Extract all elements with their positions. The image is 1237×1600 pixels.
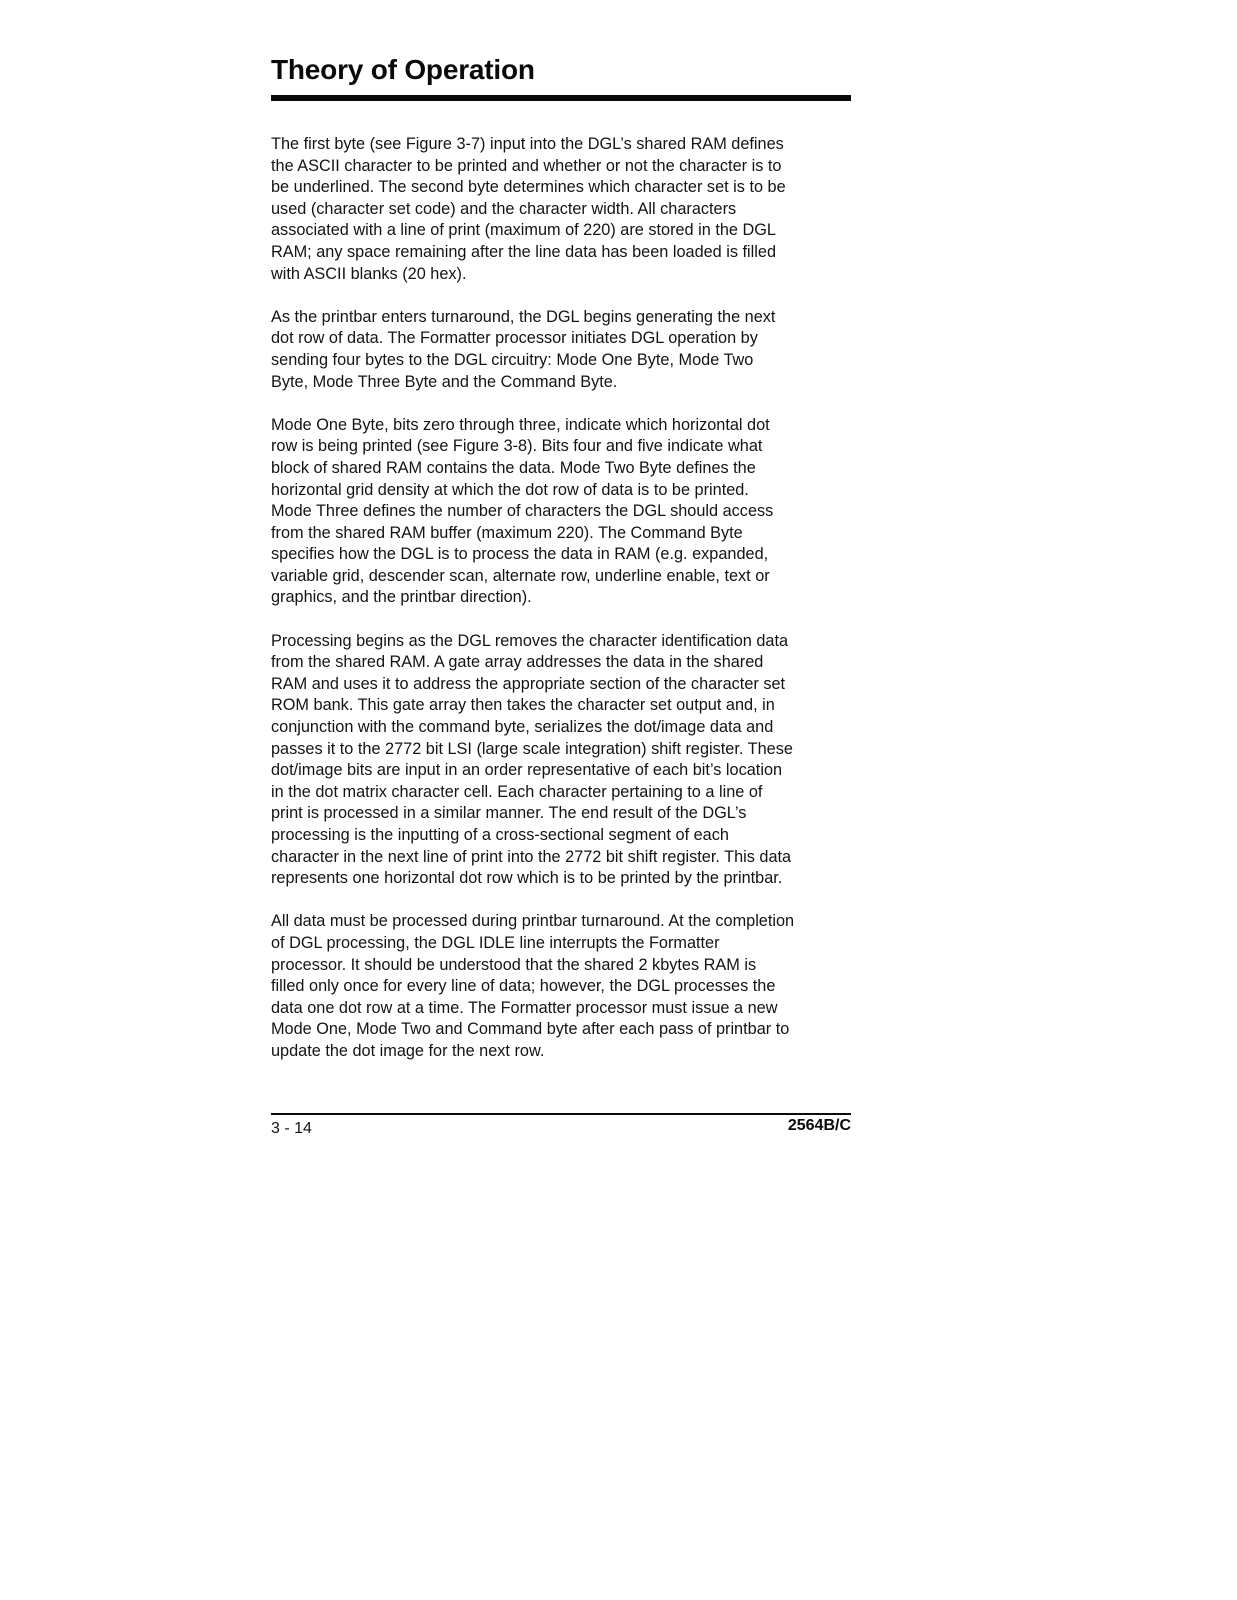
document-page: Theory of Operation The first byte (see …: [0, 0, 1237, 1600]
paragraph: As the printbar enters turnaround, the D…: [271, 307, 861, 393]
paragraph: Mode One Byte, bits zero through three, …: [271, 415, 861, 609]
page-number: 3 - 14: [271, 1120, 312, 1138]
paragraph: All data must be processed during printb…: [271, 911, 861, 1062]
body-text: The first byte (see Figure 3-7) input in…: [271, 134, 861, 1084]
paragraph: The first byte (see Figure 3-7) input in…: [271, 134, 861, 285]
paragraph: Processing begins as the DGL removes the…: [271, 631, 861, 890]
footer-divider: [271, 1113, 851, 1115]
model-number: 2564B/C: [788, 1117, 851, 1135]
page-title: Theory of Operation: [271, 54, 535, 86]
title-divider: [271, 95, 851, 101]
